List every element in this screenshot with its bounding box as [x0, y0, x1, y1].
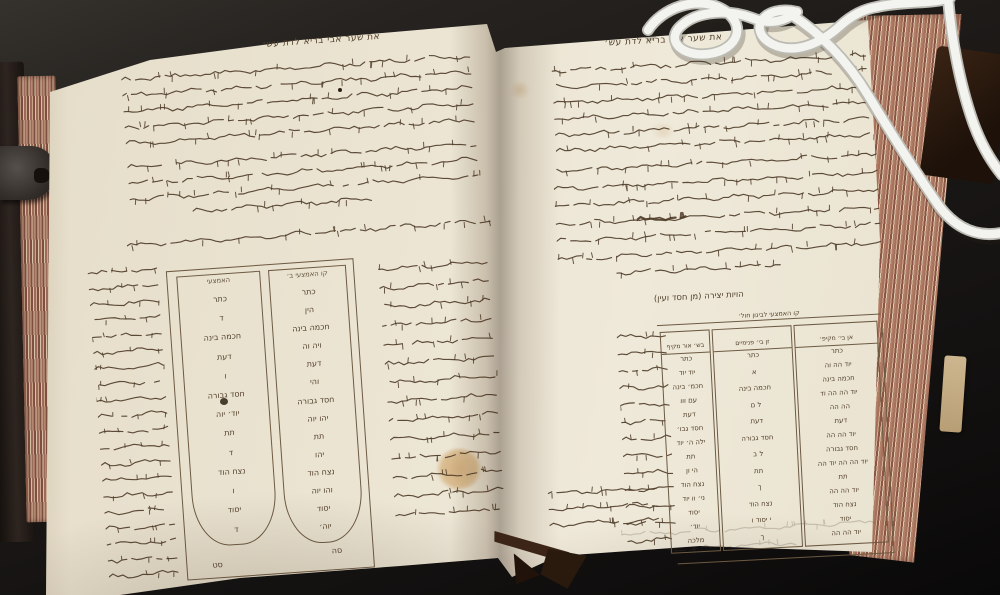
table-cell: כתר: [747, 352, 759, 361]
handwriting-line: [548, 482, 658, 499]
handwriting-line: [616, 259, 781, 280]
table-cell: כתר: [831, 347, 843, 356]
table-cell: יסוד: [840, 515, 852, 524]
table-cell: יוד הה וה: [824, 361, 851, 370]
table-column: זן בי׳ פנימייםכתראחכמה בינהל םדעתחסד גבו…: [712, 325, 804, 551]
table-cell: נצח הוד: [681, 481, 705, 490]
handwriting-line: [106, 535, 177, 550]
table-cell: ו: [224, 372, 226, 381]
table-cell: חסד גבורה: [826, 445, 858, 455]
handwriting-line: [109, 567, 180, 582]
handwriting-line: [102, 471, 173, 486]
table-cell: יסוד: [317, 505, 330, 514]
body-paragraph: [508, 49, 874, 160]
bookmark-tab: [939, 355, 966, 432]
table-cell: עם ווו: [680, 397, 697, 406]
handwriting-line: [99, 423, 170, 438]
handwriting-line: [387, 388, 500, 408]
table-cell: דעת: [683, 411, 696, 420]
table-cell: חכמה בינה: [292, 323, 329, 334]
sefirot-table-left: קו האמצעי ב׳כתרהיןחכמה בינהויה והדעתוהיח…: [166, 258, 375, 580]
body-paragraph: [509, 148, 883, 284]
column-header: אן בי׳ מקיפ׳: [819, 334, 853, 343]
table-cell: יוד הה הה יוד הה: [818, 458, 868, 469]
clasp-notch: [34, 168, 50, 183]
handwriting-line: [382, 313, 495, 333]
table-cell: יוד הה הה: [829, 487, 859, 497]
table-cell: חכמה בינה: [822, 375, 854, 385]
table-cell: דעת: [750, 418, 763, 427]
handwriting-line: [95, 376, 166, 391]
handwriting-line: [380, 294, 493, 314]
handwriting-line: [390, 426, 503, 446]
handwriting-line: [90, 296, 161, 311]
handwriting-line: [104, 503, 175, 518]
table-cell: דעת: [306, 360, 321, 369]
table-cell: תת: [314, 433, 324, 442]
handwriting-line: [388, 407, 501, 427]
handwriting-line: [394, 483, 507, 503]
table-cell: ד: [219, 315, 223, 324]
column-header: האמצעי: [207, 277, 230, 286]
table-column: אן בי׳ מקיפ׳כתריוד הה והחכמה בינהיוד הה …: [793, 321, 889, 547]
table-cell: יוה׳: [319, 523, 332, 532]
table-cell: ני׳ וו יוד: [682, 495, 705, 504]
handwriting-line: [378, 256, 491, 276]
running-header: את שער אבי בריא לדת עש׳: [604, 32, 722, 48]
handwriting-line: [98, 408, 169, 423]
table-cell: הי ון: [686, 467, 698, 476]
table-cell: יוד׳ יוה: [216, 410, 239, 420]
side-column: [362, 256, 508, 523]
table-cell: נצח הוד: [833, 501, 857, 510]
table-cell: ד: [234, 525, 238, 534]
table-cell: חסד גבורה: [741, 434, 773, 444]
table-cell: נצח הוד: [308, 468, 335, 478]
table-cell: יסוד: [688, 509, 700, 518]
table-cell: א: [751, 369, 756, 377]
table-cell: יסוד: [228, 506, 241, 515]
table-cell: יוד הה הה וד: [820, 389, 857, 399]
table-cell: כתר: [302, 288, 316, 297]
column-body: כתריוד יודחכמ׳ בינהעם ווודעתחסד גבו׳ילה …: [662, 352, 720, 552]
body-paragraph: [72, 49, 478, 153]
table-cell: ילה ה׳ יוד: [676, 439, 705, 448]
handwriting-line: [103, 487, 174, 502]
handwriting-line: [105, 519, 176, 534]
column-header: בש׳ אור מקיף: [666, 342, 704, 351]
table-cell: כתר: [680, 355, 692, 364]
column-header: זן בי׳ פנימיים: [735, 338, 769, 347]
column-body: כתריוד הה והחכמה בינהיוד הה הה ודהה ההדע…: [796, 344, 888, 546]
table-cell: חסד גבורה: [298, 395, 335, 406]
table-cell: דעת: [834, 417, 847, 426]
below-table-lines: [532, 482, 660, 532]
manuscript-photo-scene: את שער אבי בריא לדת עש׳ קו האמצעי ב׳כתרה…: [0, 0, 1000, 595]
table-footer: סה: [331, 546, 342, 556]
table-cell: ך: [761, 534, 765, 542]
table-cell: יוד יוד: [678, 369, 695, 378]
table-cell: יוד הה הה: [832, 529, 862, 539]
table-cell: חכמה בינה: [204, 333, 241, 344]
table-cell: נצח הוד: [218, 467, 245, 477]
table-cell: חכמ׳ בינה: [672, 383, 703, 393]
table-cell: מלכה: [687, 537, 704, 546]
column-body: כתראחכמה בינהל םדעתחסד גבורהל בתתךנצח הו…: [714, 348, 802, 550]
table-cell: ד: [228, 449, 232, 458]
table-cell: ל ם: [750, 401, 761, 410]
handwriting-line: [96, 392, 167, 407]
handwriting-line: [89, 280, 160, 295]
handwriting-line: [93, 344, 164, 359]
table-heading: הויות יצירה (מן חסד ועין): [654, 290, 744, 305]
table-cell: כתר: [213, 295, 227, 304]
table-cell: דעת: [217, 353, 232, 362]
table-cell: יהו: [315, 451, 324, 460]
handwriting-line: [101, 455, 172, 470]
table-cell: והו יוה: [312, 486, 333, 496]
handwriting-line: [548, 498, 658, 515]
handwriting-line: [127, 214, 494, 252]
handwriting-line: [392, 464, 505, 484]
table-cell: חסד גבו׳: [676, 425, 703, 434]
handwriting-line: [384, 350, 497, 370]
table-cell: י יסוד ו: [752, 517, 772, 526]
table-cell: והי: [310, 378, 319, 387]
handwriting-line: [395, 502, 508, 522]
table-cell: תת: [224, 429, 234, 438]
handwriting-line: [100, 439, 171, 454]
table-cell: ך: [758, 484, 762, 492]
table-cell: נצח הוד: [749, 500, 773, 509]
right-page: את שער אבי בריא לדת עש׳ הויות יצירה (מן …: [500, 18, 903, 582]
table-cell: תת: [839, 473, 848, 481]
table-footer: סט: [212, 560, 223, 570]
left-page: את שער אבי בריא לדת עש׳ קו האמצעי ב׳כתרה…: [62, 19, 519, 592]
table-cell: הה הה: [830, 403, 850, 412]
handwriting-line: [94, 360, 165, 375]
body-paragraph: [78, 137, 483, 225]
sefirot-table-right: אן בי׳ מקיפ׳כתריוד הה והחכמה בינהיוד הה …: [658, 318, 898, 570]
table-cell: ל ב: [753, 451, 763, 459]
handwriting-line: [391, 445, 504, 465]
handwriting-line: [386, 369, 499, 389]
handwriting-line: [91, 312, 162, 327]
running-header: את שער אבי בריא לדת עש׳: [262, 32, 380, 50]
table-cell: הין: [305, 306, 314, 315]
handwriting-line: [92, 328, 163, 343]
handwriting-line: [383, 331, 496, 351]
handwriting-line: [379, 275, 492, 295]
table-cell: תת: [687, 453, 696, 461]
table-cell: חכמה בינה: [739, 384, 771, 394]
handwriting-line: [108, 551, 179, 566]
handwriting-line: [87, 264, 158, 279]
table-cell: יוד׳: [690, 523, 700, 531]
table-cell: יהו יוה: [307, 414, 328, 424]
table-cell: ויה וה: [303, 342, 322, 352]
column-header: קו האמצעי ב׳: [287, 270, 328, 280]
table-cell: תת: [754, 468, 763, 476]
table-cell: ו: [232, 487, 234, 496]
table-cell: חסד גבורה: [208, 390, 245, 401]
table-cell: יוד הה הה: [826, 431, 856, 441]
